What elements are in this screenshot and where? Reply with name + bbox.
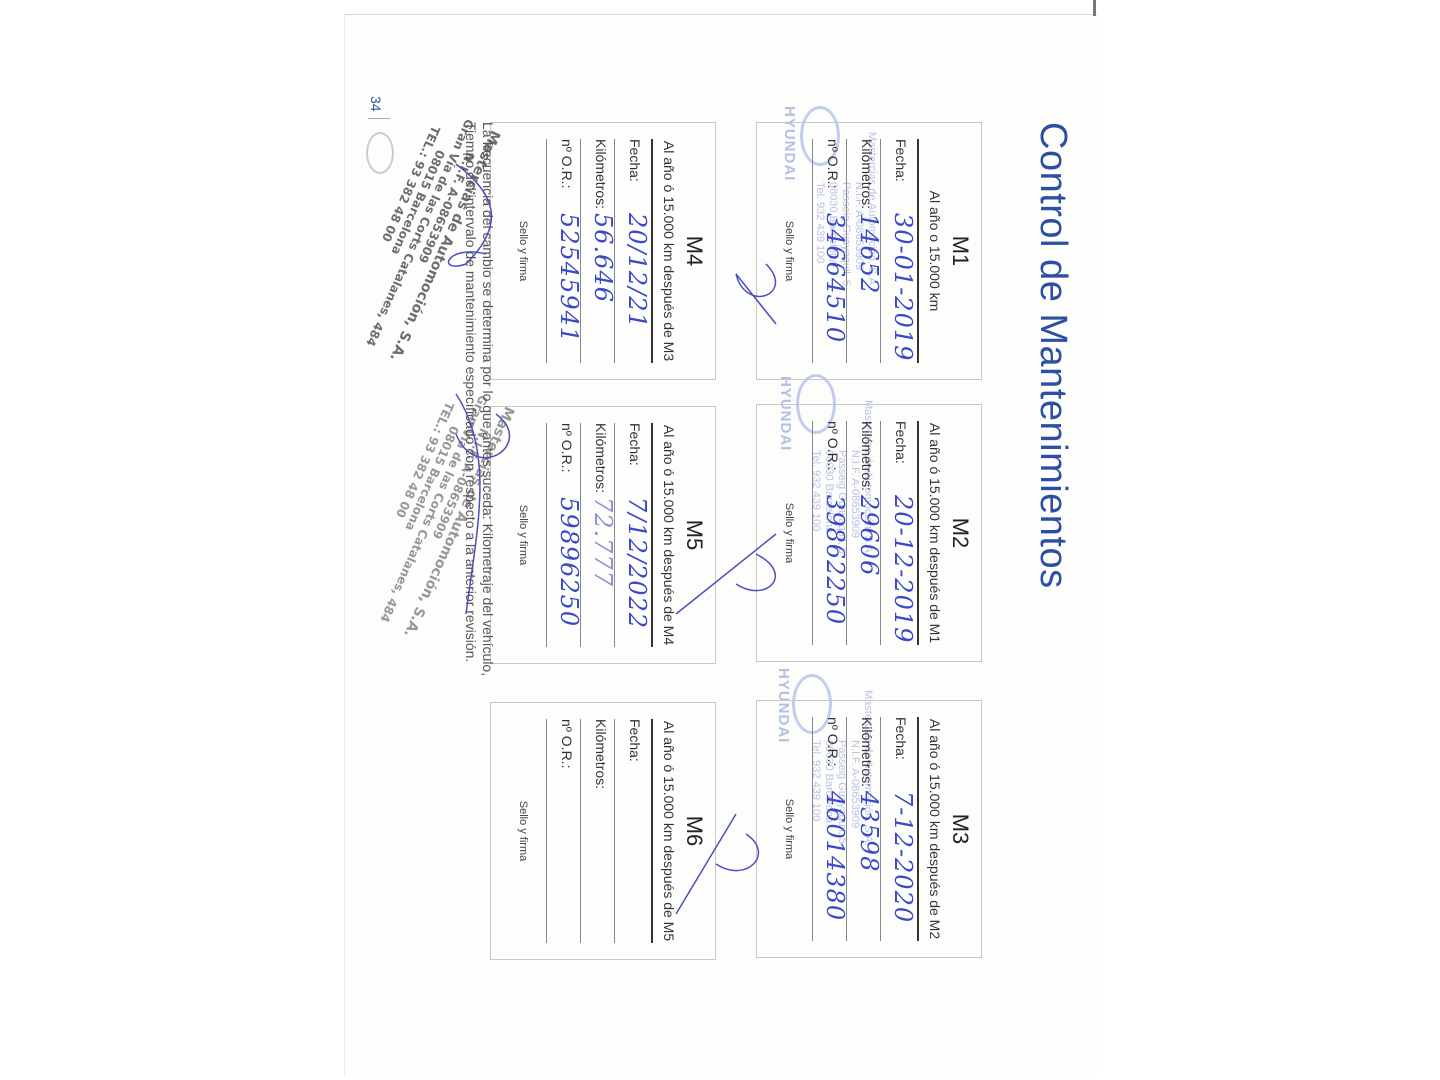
rotated-page-content: Control de Mantenimientos Mastercias de …	[344, 14, 1096, 1076]
signatures	[344, 14, 1096, 1076]
signature-m1-stamp	[736, 264, 776, 324]
signature-m2	[676, 534, 776, 614]
signature-m4-m5	[456, 394, 509, 614]
signature-m1	[449, 164, 492, 266]
signature-m3	[676, 814, 758, 914]
